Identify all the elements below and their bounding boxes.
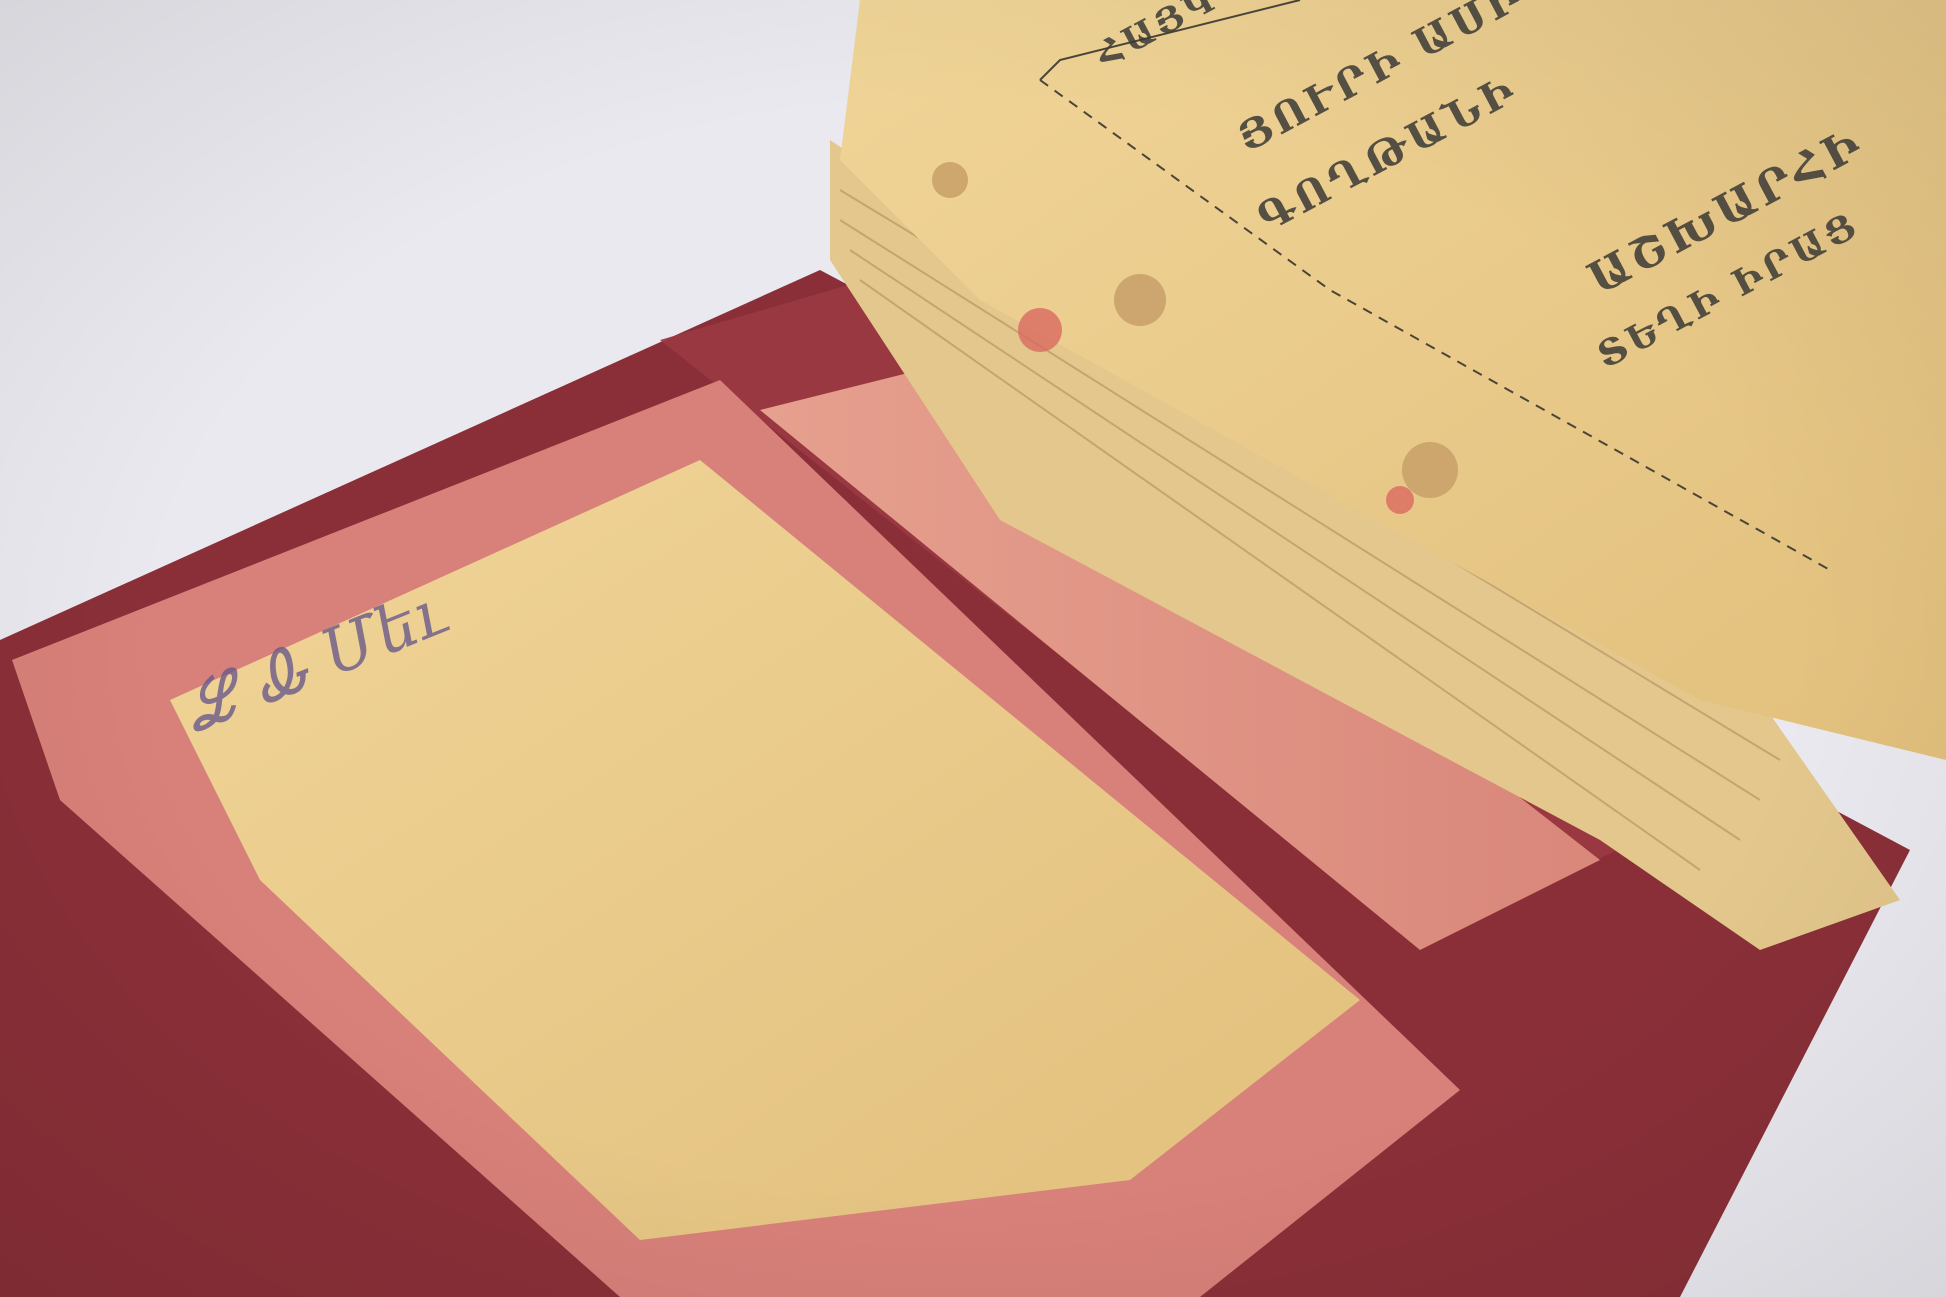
photo-scene: ՀԱՅԿ ՅՈՒՐԻ ԱՍԻԱ ԳՈՂԹԱՆԻ ԱՇԽԱՐՀԻ ՏԵՂԻ ԻՐԱ… bbox=[0, 0, 1946, 1297]
